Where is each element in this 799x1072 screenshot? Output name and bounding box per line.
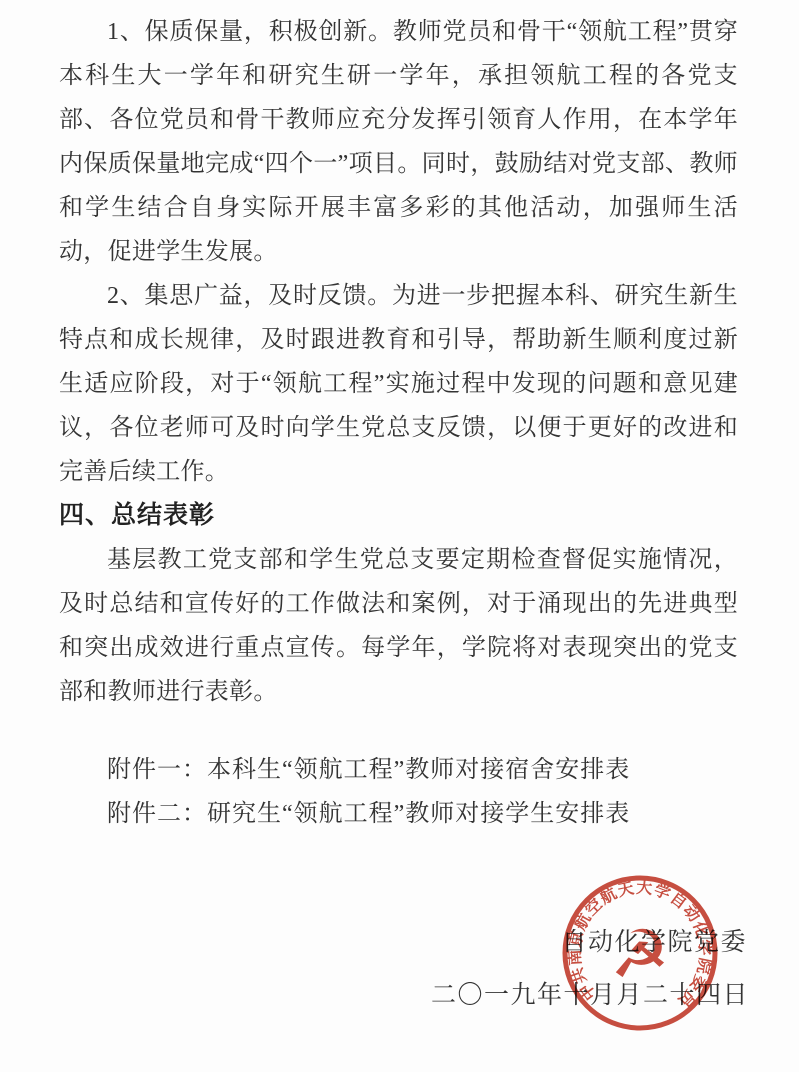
paragraph-1: 1、保质保量，积极创新。教师党员和骨干“领航工程”贯穿本科生大一学年和研究生研一… — [59, 10, 738, 274]
attachments-list: 附件一：本科生“领航工程”教师对接宿舍安排表 附件二：研究生“领航工程”教师对接… — [59, 748, 738, 836]
document-page: 1、保质保量，积极创新。教师党员和骨干“领航工程”贯穿本科生大一学年和研究生研一… — [0, 0, 799, 1072]
attachment-line-2: 附件二：研究生“领航工程”教师对接学生安排表 — [59, 792, 738, 836]
section-heading: 四、总结表彰 — [59, 494, 738, 538]
document-date: 二〇一九年十月月二十四日 — [431, 975, 749, 1011]
signature-org: 自动化学院党委 — [561, 922, 747, 958]
paragraph-2: 2、集思广益，及时反馈。为进一步把握本科、研究生新生特点和成长规律，及时跟进教育… — [59, 274, 738, 494]
attachment-line-1: 附件一：本科生“领航工程”教师对接宿舍安排表 — [59, 748, 738, 792]
summary-paragraph: 基层教工党支部和学生党总支要定期检查督促实施情况，及时总结和宣传好的工作做法和案… — [59, 538, 738, 714]
document-body: 1、保质保量，积极创新。教师党员和骨干“领航工程”贯穿本科生大一学年和研究生研一… — [59, 10, 738, 714]
